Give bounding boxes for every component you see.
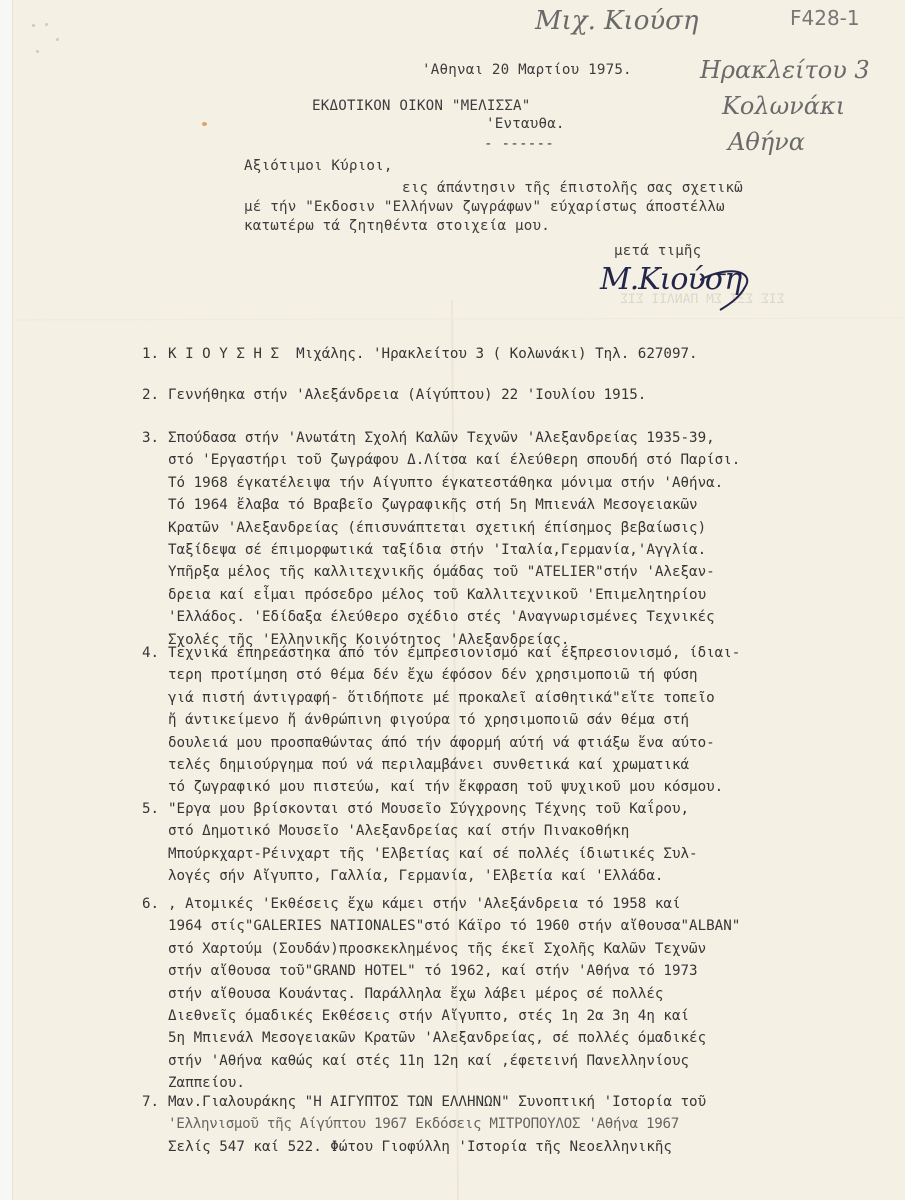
body-line: κατωτέρω τά ζητηθέντα στοιχεία μου. bbox=[244, 218, 550, 234]
item-line: 'Ελλάδος. 'Εδίδαξα έλεύθερο σχέδιο στές … bbox=[168, 606, 740, 628]
item-number: 1. bbox=[142, 343, 159, 365]
item-line: στήν 'Αθήνα καθώς καί στές 11η 12η καί ,… bbox=[168, 1050, 740, 1072]
pin-mark bbox=[56, 38, 59, 41]
item-line: δρεια καί εἶμαι πρόσεδρο μέλος τοῦ Καλλι… bbox=[168, 584, 740, 606]
item-line: 1964 στίς"GALERIES NATIONALES"στό Κάϊρο … bbox=[168, 915, 740, 937]
body-line: εις άπάντησιν τῆς έπιστολῆς σας σχετικῶ bbox=[402, 180, 743, 196]
paper-edge bbox=[0, 0, 13, 1200]
item-line: Τό 1964 ἔλαβα τό Βραβεῖο ζωγραφικῆς στή … bbox=[168, 494, 740, 516]
body-line: μέ τήν "Εκδοσιν "Ελλήνων ζωγράφων" εύχαρ… bbox=[244, 199, 725, 215]
item-line: στό Χαρτούμ (Σουδάν)προσκεκλημένος τῆς έ… bbox=[168, 938, 740, 960]
handwritten-address-city: Αθήνα bbox=[728, 128, 805, 156]
archive-reference: F428-1 bbox=[790, 6, 860, 30]
item-line: δουλειά μου προσπαθώντας άπό τήν άφορμή … bbox=[168, 732, 740, 754]
item-line: στήν αἴθουσα Κουάντας. Παράλληλα ἔχω λάβ… bbox=[168, 983, 740, 1005]
handwritten-name: Μιχ. Κιούση bbox=[535, 6, 699, 36]
item-line: Διεθνεῖς όμαδικές Εκθέσεις στήν Αἴγυπτο,… bbox=[168, 1005, 740, 1027]
item-line: Σελίς 547 καί 522. Φώτου Γιοφύλλη 'Ιστορ… bbox=[168, 1136, 706, 1158]
recipient-name: ΕΚΔΟΤΙΚΟΝ ΟΙΚΟΝ "ΜΕΛΙΣΣΑ" bbox=[312, 98, 531, 114]
item-line: "Εργα μου βρίσκονται στό Μουσεῖο Σύγχρον… bbox=[168, 798, 698, 820]
item-line: Κ Ι Ο Υ Σ Η Σ Μιχάλης. 'Ηρακλείτου 3 ( Κ… bbox=[168, 343, 698, 365]
item-number: 2. bbox=[142, 384, 159, 406]
item-number: 5. bbox=[142, 798, 159, 820]
item-line: 5η Μπιενάλ Μεσογειακῶν Κρατῶν 'Αλεξανδρε… bbox=[168, 1027, 740, 1049]
item-line: Κρατῶν 'Αλεξανδρείας (έπισυνάπτεται σχετ… bbox=[168, 517, 740, 539]
item-number: 6. bbox=[142, 893, 159, 915]
item-line: τό ζωγραφικό μου πιστεύω, καί τήν ἔκφρασ… bbox=[168, 776, 740, 798]
closing: μετά τιμῆς bbox=[614, 243, 701, 259]
item-line: Τό 1968 έγκατέλειψα τήν Αίγυπτο έγκατεστ… bbox=[168, 472, 740, 494]
handwritten-address-district: Κολωνάκι bbox=[722, 92, 845, 120]
item-line: στήν αἴθουσα τοῦ"GRAND HOTEL" τό 1962, κ… bbox=[168, 960, 740, 982]
item-line: Τεχνικά έπηρεάστηκα άπό τόν έμπρεσιονισμ… bbox=[168, 642, 740, 664]
item-line: Ταξίδεψα σέ έπιμορφωτικά ταξίδια στήν 'Ι… bbox=[168, 539, 740, 561]
recipient-location: 'Ενταυθα. bbox=[486, 116, 565, 132]
date-line: 'Αθηναι 20 Μαρτίου 1975. bbox=[422, 62, 632, 78]
item-line: Μπούρκχαρτ-Ρέινχαρτ τῆς 'Ελβετίας καί σέ… bbox=[168, 843, 698, 865]
item-line: Γεννήθηκα στήν 'Αλεξάνδρεια (Αίγύπτου) 2… bbox=[168, 384, 646, 406]
item-line: 'Ελληνισμοῦ τῆς Αίγύπτου 1967 Εκδόσεις Μ… bbox=[168, 1113, 706, 1135]
item-number: 4. bbox=[142, 642, 159, 664]
item-line: ἤ άντικείμενο ἤ άνθρώπινη φιγούρα τό χρη… bbox=[168, 709, 740, 731]
item-line: , Ατομικές 'Εκθέσεις ἔχω κάμει στήν 'Αλε… bbox=[168, 893, 740, 915]
paper-stain bbox=[202, 122, 207, 126]
item-line: Υπῆρξα μέλος τῆς καλλιτεχνικῆς όμάδας το… bbox=[168, 561, 740, 583]
signature-flourish bbox=[700, 262, 760, 312]
item-number: 3. bbox=[142, 427, 159, 449]
item-line: τελές δημιούργημα πού νά περιλαμβάνει συ… bbox=[168, 754, 740, 776]
pin-mark bbox=[32, 24, 35, 27]
pin-mark bbox=[36, 50, 39, 53]
item-line: στό Δημοτικό Μουσεῖο 'Αλεξανδρείας καί σ… bbox=[168, 820, 698, 842]
item-line: λογές σήν Αἴγυπτο, Γαλλία, Γερμανία, 'Ελ… bbox=[168, 865, 698, 887]
item-line: Μαν.Γιαλουράκης "Η ΑΙΓΥΠΤΟΣ ΤΩΝ ΕΛΛΗΝΩΝ"… bbox=[168, 1091, 706, 1113]
item-line: τερη προτίμηση στό θέμα δέν ἔχω έφόσον δ… bbox=[168, 664, 740, 686]
item-line: γιά πιστή άντιγραφή- ὅτιδήποτε μέ προκαλ… bbox=[168, 687, 740, 709]
handwritten-address-street: Ηρακλείτου 3 bbox=[700, 56, 870, 84]
recipient-underline: - ------ bbox=[484, 136, 554, 152]
item-line: Σπούδασα στήν 'Ανωτάτη Σχολή Καλῶν Τεχνῶ… bbox=[168, 427, 740, 449]
item-line: στό 'Εργαστήρι τοῦ ζωγράφου Δ.Λίτσα καί … bbox=[168, 449, 740, 471]
pin-mark bbox=[45, 23, 48, 26]
salutation: Αξιότιμοι Κύριοι, bbox=[244, 158, 393, 174]
item-number: 7. bbox=[142, 1091, 159, 1113]
